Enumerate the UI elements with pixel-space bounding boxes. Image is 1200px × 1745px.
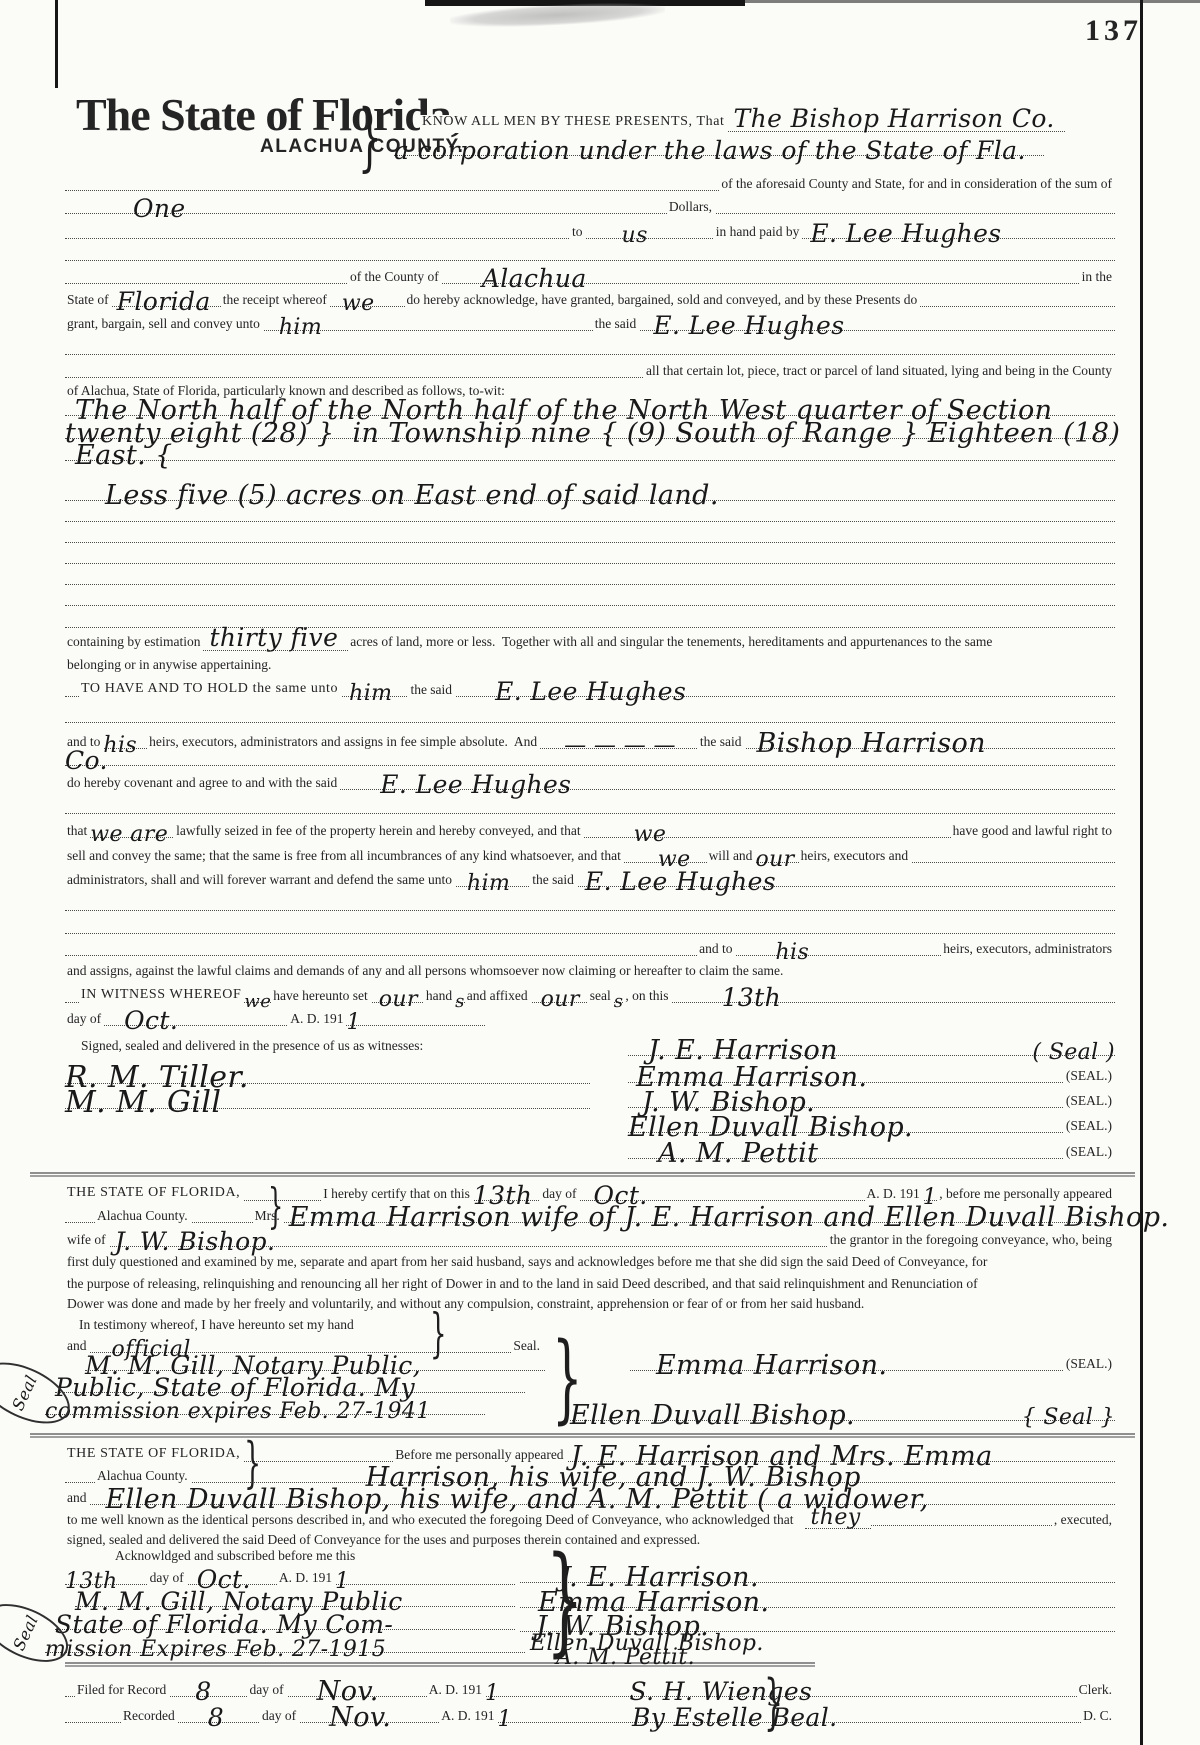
- our-handwritten: our: [541, 992, 580, 1009]
- deputy-signature: By Estelle Beal.: [632, 1709, 838, 1728]
- signature-emma-harrison: Emma Harrison.: [636, 1068, 867, 1088]
- assigns-line: and assigns, against the lawful claims a…: [65, 957, 1115, 981]
- filed-line: Filed for Record 8 day of Nov. A. D. 191…: [65, 1676, 1115, 1700]
- ack1-signature-row: Ellen Duvall Bishop. { Seal }: [570, 1400, 1115, 1424]
- him-handwritten: him: [279, 320, 322, 337]
- ack2-notary-brace: }: [546, 1540, 584, 1658]
- presence-text: Signed, sealed and delivered in the pres…: [79, 1039, 426, 1057]
- the-said-text: the said: [530, 873, 577, 891]
- signature-j-w-bishop: J. W. Bishop.: [642, 1093, 815, 1113]
- footer-brace: }: [764, 1672, 783, 1732]
- signature-row: J. E. Harrison ( Seal ): [628, 1035, 1115, 1059]
- affixed-text: and affixed: [465, 989, 531, 1007]
- ack2-notary-line-2: State of Florida. My Com-: [55, 1609, 515, 1633]
- in-witness-line: IN WITNESS WHEREOF we have hereunto set …: [65, 982, 1115, 1006]
- amount-handwritten: One: [133, 200, 186, 219]
- state-handwritten: Florida: [117, 293, 211, 312]
- ack2-signature-1: J. E. Harrison.: [560, 1568, 759, 1588]
- sell-line: sell and convey the same; that the same …: [65, 842, 1115, 866]
- ack2-known-text: to me well known as the identical person…: [65, 1513, 797, 1531]
- ack1-grantor-text: the grantor in the foregoing conveyance,…: [828, 1233, 1115, 1251]
- ack1-notary-handwritten-2: Public, State of Florida. My: [55, 1379, 415, 1398]
- grantee-handwritten: E. Lee Hughes: [495, 683, 686, 702]
- his-handwritten: his: [775, 945, 809, 962]
- paid-by-line: to us in hand paid by E. Lee Hughes: [65, 218, 1115, 242]
- seal-label: (SEAL.): [1064, 1357, 1115, 1375]
- blank-ruled-line: [65, 334, 1115, 358]
- ack1-signature-emma-harrison: Emma Harrison.: [656, 1356, 887, 1376]
- will-and-text: will and: [707, 849, 756, 867]
- dc-label: D. C.: [1081, 1709, 1115, 1727]
- blank-ruled-line: [65, 793, 1115, 817]
- ack2-names-handwritten-3: Ellen Duvall Bishop, his wife, and A. M.…: [106, 1490, 929, 1510]
- containing-line: containing by estimation thirty five acr…: [65, 628, 1115, 652]
- grantee-handwritten: E. Lee Hughes: [653, 317, 844, 336]
- we-are-handwritten: we are: [90, 827, 168, 844]
- header-brace: }: [358, 100, 382, 174]
- ack2-signature-row: J. E. Harrison.: [520, 1562, 1115, 1586]
- seal-label: (SEAL.): [1064, 1069, 1115, 1087]
- filed-year-handwritten: 1: [485, 1686, 499, 1703]
- to-have-line: TO HAVE AND TO HOLD the same unto him th…: [65, 676, 1115, 700]
- we-handwritten: we: [634, 827, 667, 844]
- signature-row: Emma Harrison. (SEAL.): [628, 1062, 1115, 1086]
- ack1-names-handwritten: Emma Harrison wife of J. E. Harrison and…: [289, 1208, 1170, 1228]
- of-county-text: of the County of: [348, 270, 442, 288]
- grantee-handwritten: E. Lee Hughes: [585, 873, 776, 892]
- corporation-handwritten: a corporation under the laws of the Stat…: [394, 142, 1026, 161]
- blank-ruled-line: [65, 913, 1115, 937]
- assigns-text: and assigns, against the lawful claims a…: [65, 964, 786, 982]
- ack1-para3-text: Dower was done and made by her freely an…: [65, 1297, 867, 1315]
- day-of-text: day of: [65, 1012, 104, 1030]
- grant-text: grant, bargain, sell and convey unto: [65, 317, 263, 335]
- belonging-line: belonging or in anywise appertaining.: [65, 651, 1115, 675]
- signature-a-m-pettit: A. M. Pettit: [658, 1144, 818, 1164]
- ack1-para2-text: the purpose of releasing, relinquishing …: [65, 1277, 981, 1295]
- description-handwritten-4: Less five (5) acres on East end of said …: [105, 486, 719, 506]
- him-handwritten: him: [349, 686, 392, 703]
- scan-right-edge-line: [1140, 0, 1143, 1745]
- ack2-date-line: 13th day of Oct. A. D. 191 1: [65, 1564, 515, 1588]
- recorded-year-handwritten: 1: [498, 1712, 512, 1729]
- lawful-right-text: have good and lawful right to: [951, 824, 1115, 842]
- year-handwritten: 1: [346, 1015, 360, 1032]
- county-handwritten: Alachua: [482, 270, 587, 289]
- signature-j-e-harrison: J. E. Harrison: [648, 1041, 838, 1061]
- ack2-notary-line-1: M. M. Gill, Notary Public: [75, 1586, 515, 1610]
- know-all-text: KNOW ALL MEN BY THESE PRESENTS, That: [420, 115, 728, 133]
- grantor-handwritten: Bishop Harrison: [757, 734, 986, 754]
- state-receipt-line: State of Florida the receipt whereof we …: [65, 286, 1115, 310]
- seal-label: (SEAL.): [1064, 1094, 1115, 1112]
- know-all-men-line: KNOW ALL MEN BY THESE PRESENTS, That The…: [420, 109, 1120, 133]
- acreage-rest-text: acres of land, more or less. Together wi…: [348, 635, 995, 653]
- ack1-paragraph-line: the purpose of releasing, relinquishing …: [65, 1270, 1115, 1294]
- signature-row: J. W. Bishop. (SEAL.): [628, 1087, 1115, 1111]
- aforesaid-text: of the aforesaid County and State, for a…: [719, 177, 1115, 195]
- ack1-notary-line-1: M. M. Gill, Notary Public,: [85, 1350, 545, 1374]
- blank-ruled-line: [65, 585, 1115, 609]
- heirs-text: heirs, executors, administrators: [941, 942, 1115, 960]
- ack1-para1-text: first duly questioned and examined by me…: [65, 1255, 990, 1273]
- ad-text: A. D. 191: [288, 1012, 346, 1030]
- ack1-names-line: Alachua County. Mrs. Emma Harrison wife …: [65, 1202, 1115, 1226]
- recorded-line: Recorded 8 day of Nov. A. D. 191 1 By Es…: [65, 1702, 1115, 1726]
- description-handwritten-3: East. {: [75, 446, 173, 466]
- ack2-they-handwritten: they: [805, 1510, 871, 1530]
- the-said-text: the said: [593, 317, 640, 335]
- his-handwritten: his: [103, 738, 137, 755]
- seized-text: lawfully seized in fee of the property h…: [174, 824, 583, 842]
- acreage-handwritten: thirty five: [203, 629, 348, 651]
- him-handwritten: him: [467, 876, 510, 893]
- seal-label: (SEAL.): [1064, 1119, 1115, 1137]
- warrant-line: administrators, shall and will forever w…: [65, 866, 1115, 890]
- heirs-text: heirs, executors, administrators and ass…: [147, 735, 540, 753]
- scan-top-edge-line-light: [745, 0, 1200, 3]
- ack1-notary-line-2: Public, State of Florida. My: [55, 1372, 525, 1396]
- aforesaid-line: of the aforesaid County and State, for a…: [65, 170, 1115, 194]
- containing-text: containing by estimation: [65, 635, 203, 653]
- description-line-1: The North half of the North half of the …: [65, 395, 1115, 419]
- ack1-county-brace: }: [268, 1182, 283, 1230]
- ack1-margin-seal-text: Seal: [12, 1374, 38, 1412]
- page-number: 137: [1085, 14, 1142, 48]
- co-handwritten: Co.: [65, 752, 108, 771]
- ack2-notary-handwritten-1: M. M. Gill, Notary Public: [75, 1593, 403, 1612]
- the-said-text: the said: [698, 735, 745, 753]
- ack2-signature-row: Emma Harrison.: [520, 1587, 1115, 1611]
- amount-line: One Dollars,: [65, 193, 1115, 217]
- ack2-executed-text: , executed,: [1052, 1513, 1115, 1531]
- ack2-day-of-text: day of: [148, 1571, 187, 1589]
- ad-text: A. D. 191: [427, 1683, 485, 1701]
- signature-row: Ellen Duvall Bishop. (SEAL.): [628, 1112, 1115, 1136]
- belonging-text: belonging or in anywise appertaining.: [65, 658, 274, 676]
- s-handwritten: s: [614, 995, 624, 1009]
- day-of-text: day of: [260, 1709, 299, 1727]
- witness-signature-row: M. M. Gill: [65, 1082, 590, 1112]
- recorded-text: Recorded: [121, 1709, 178, 1727]
- presence-line: Signed, sealed and delivered in the pres…: [65, 1032, 625, 1056]
- to-have-text: TO HAVE AND TO HOLD the same unto: [79, 682, 341, 700]
- ack1-heading-line: THE STATE OF FLORIDA, I hereby certify t…: [65, 1180, 1115, 1204]
- recorded-month-handwritten: Nov.: [329, 1708, 391, 1728]
- ack1-state-text: THE STATE OF FLORIDA,: [65, 1186, 243, 1204]
- in-the-text: in the: [1080, 270, 1115, 288]
- corporation-line: a corporation under the laws of the Stat…: [394, 135, 1044, 159]
- section-divider: [30, 1172, 1135, 1174]
- payee-handwritten: us: [622, 228, 648, 245]
- in-witness-text: IN WITNESS WHEREOF: [79, 988, 244, 1006]
- recorded-day-handwritten: 8: [208, 1709, 224, 1728]
- that-label: that: [65, 824, 90, 842]
- day-handwritten: 13th: [722, 989, 782, 1008]
- section-divider: [30, 1433, 1135, 1435]
- ack1-signature-ellen-duvall-bishop: Ellen Duvall Bishop.: [570, 1406, 855, 1426]
- deed-document-page: 137 The State of Florida, ALACHUA COUNTY…: [0, 0, 1200, 1745]
- seal-handwritten: ( Seal ): [1032, 1045, 1115, 1062]
- month-handwritten: Oct.: [124, 1012, 178, 1031]
- witness2-signature: M. M. Gill: [65, 1092, 221, 1115]
- ack1-signature-row: Emma Harrison. (SEAL.): [630, 1350, 1115, 1374]
- receipt-text: the receipt whereof: [221, 293, 330, 311]
- clerk-signature: S. H. Wienges: [629, 1683, 812, 1702]
- on-this-text: , on this: [623, 989, 671, 1007]
- signature-ellen-duvall-bishop: Ellen Duvall Bishop.: [628, 1118, 913, 1138]
- clerk-label: Clerk.: [1077, 1683, 1115, 1701]
- filed-month-handwritten: Nov.: [317, 1682, 379, 1702]
- ack1-notary-handwritten-3: commission expires Feb. 27-1941: [45, 1404, 431, 1421]
- fee-simple-line: and to his heirs, executors, administrat…: [65, 728, 1115, 752]
- day-of-text: day of: [248, 1683, 287, 1701]
- ack1-testimony-brace: }: [430, 1308, 447, 1360]
- in-hand-text: in hand paid by: [714, 225, 803, 243]
- ack2-state-text: THE STATE OF FLORIDA,: [65, 1447, 243, 1465]
- county-of-line: of the County of Alachua in the: [65, 263, 1115, 287]
- ack2-ad-text: A. D. 191: [277, 1571, 335, 1589]
- seal-label: (SEAL.): [1064, 1145, 1115, 1163]
- grantee-handwritten: E. Lee Hughes: [380, 776, 571, 795]
- filed-day-handwritten: 8: [195, 1683, 211, 1702]
- ack1-seal-handwritten: { Seal }: [1022, 1410, 1115, 1427]
- covenant-text: do hereby covenant and agree to and with…: [65, 776, 340, 794]
- and-to-text: and to: [697, 942, 735, 960]
- ack2-county-brace: }: [244, 1436, 261, 1490]
- to-label: to: [570, 225, 586, 243]
- state-of-text: State of: [65, 293, 112, 311]
- ack2-notary-handwritten-3: mission Expires Feb. 27-1915: [45, 1642, 386, 1659]
- ad-text: A. D. 191: [439, 1709, 497, 1727]
- acknowledge-text: do hereby acknowledge, have granted, bar…: [405, 293, 921, 311]
- hand-text: hand: [424, 989, 455, 1007]
- ack2-margin-seal-text: Seal: [13, 1614, 39, 1652]
- ack2-and-label: and: [65, 1491, 90, 1509]
- ack2-acknowledged-text: Acknowldged and subscribed before me thi…: [113, 1549, 358, 1567]
- ack2-names-line-3: and Ellen Duvall Bishop, his wife, and A…: [65, 1484, 1115, 1508]
- ack1-notary-brace: }: [552, 1330, 583, 1426]
- seal-text: seal: [588, 989, 614, 1007]
- document-title: The State of Florida,: [76, 88, 461, 141]
- ack1-testimony-text: In testimony whereof, I have hereunto se…: [77, 1318, 357, 1336]
- we-handwritten: we: [342, 296, 375, 313]
- ack1-wife-of-text: wife of: [65, 1233, 109, 1251]
- ack1-seal-label: Seal.: [511, 1339, 543, 1357]
- section-divider: [65, 1662, 815, 1664]
- s-handwritten: s: [455, 995, 465, 1009]
- dashes-handwritten: — — — —: [564, 738, 676, 755]
- description-line-2: twenty eight (28) } in Township nine { (…: [65, 418, 1115, 442]
- and-to-his-line: and to his heirs, executors, administrat…: [65, 935, 1115, 959]
- set-text: have hereunto set: [271, 989, 370, 1007]
- ack1-county-text: Alachua County.: [95, 1209, 191, 1227]
- dollars-label: Dollars,: [667, 200, 715, 218]
- covenant-line: do hereby covenant and agree to and with…: [65, 769, 1115, 793]
- ack2-notary-handwritten-2: State of Florida. My Com-: [55, 1616, 393, 1635]
- our-handwritten: our: [755, 852, 794, 869]
- we-handwritten: we: [658, 852, 691, 869]
- administrators-text: administrators, shall and will forever w…: [65, 873, 455, 891]
- our-handwritten: our: [379, 992, 418, 1009]
- payer-handwritten: E. Lee Hughes: [810, 225, 1001, 244]
- the-said-text: the said: [408, 683, 455, 701]
- seized-line: that we are lawfully seized in fee of th…: [65, 817, 1115, 841]
- scan-left-edge-line: [55, 0, 58, 88]
- ack1-husband-handwritten: J. W. Bishop.: [115, 1233, 276, 1252]
- grantor-name-handwritten: The Bishop Harrison Co.: [728, 110, 1065, 132]
- all-that-text: all that certain lot, piece, tract or pa…: [644, 364, 1115, 382]
- day-of-line: day of Oct. A. D. 191 1: [65, 1005, 485, 1029]
- sell-text: sell and convey the same; that the same …: [65, 849, 624, 867]
- heirs-text: heirs, executors and: [799, 849, 912, 867]
- filed-text: Filed for Record: [75, 1683, 169, 1701]
- we-handwritten: we: [244, 995, 271, 1009]
- description-handwritten-2: twenty eight (28) } in Township nine { (…: [65, 424, 1120, 444]
- grant-line: grant, bargain, sell and convey unto him…: [65, 310, 1115, 334]
